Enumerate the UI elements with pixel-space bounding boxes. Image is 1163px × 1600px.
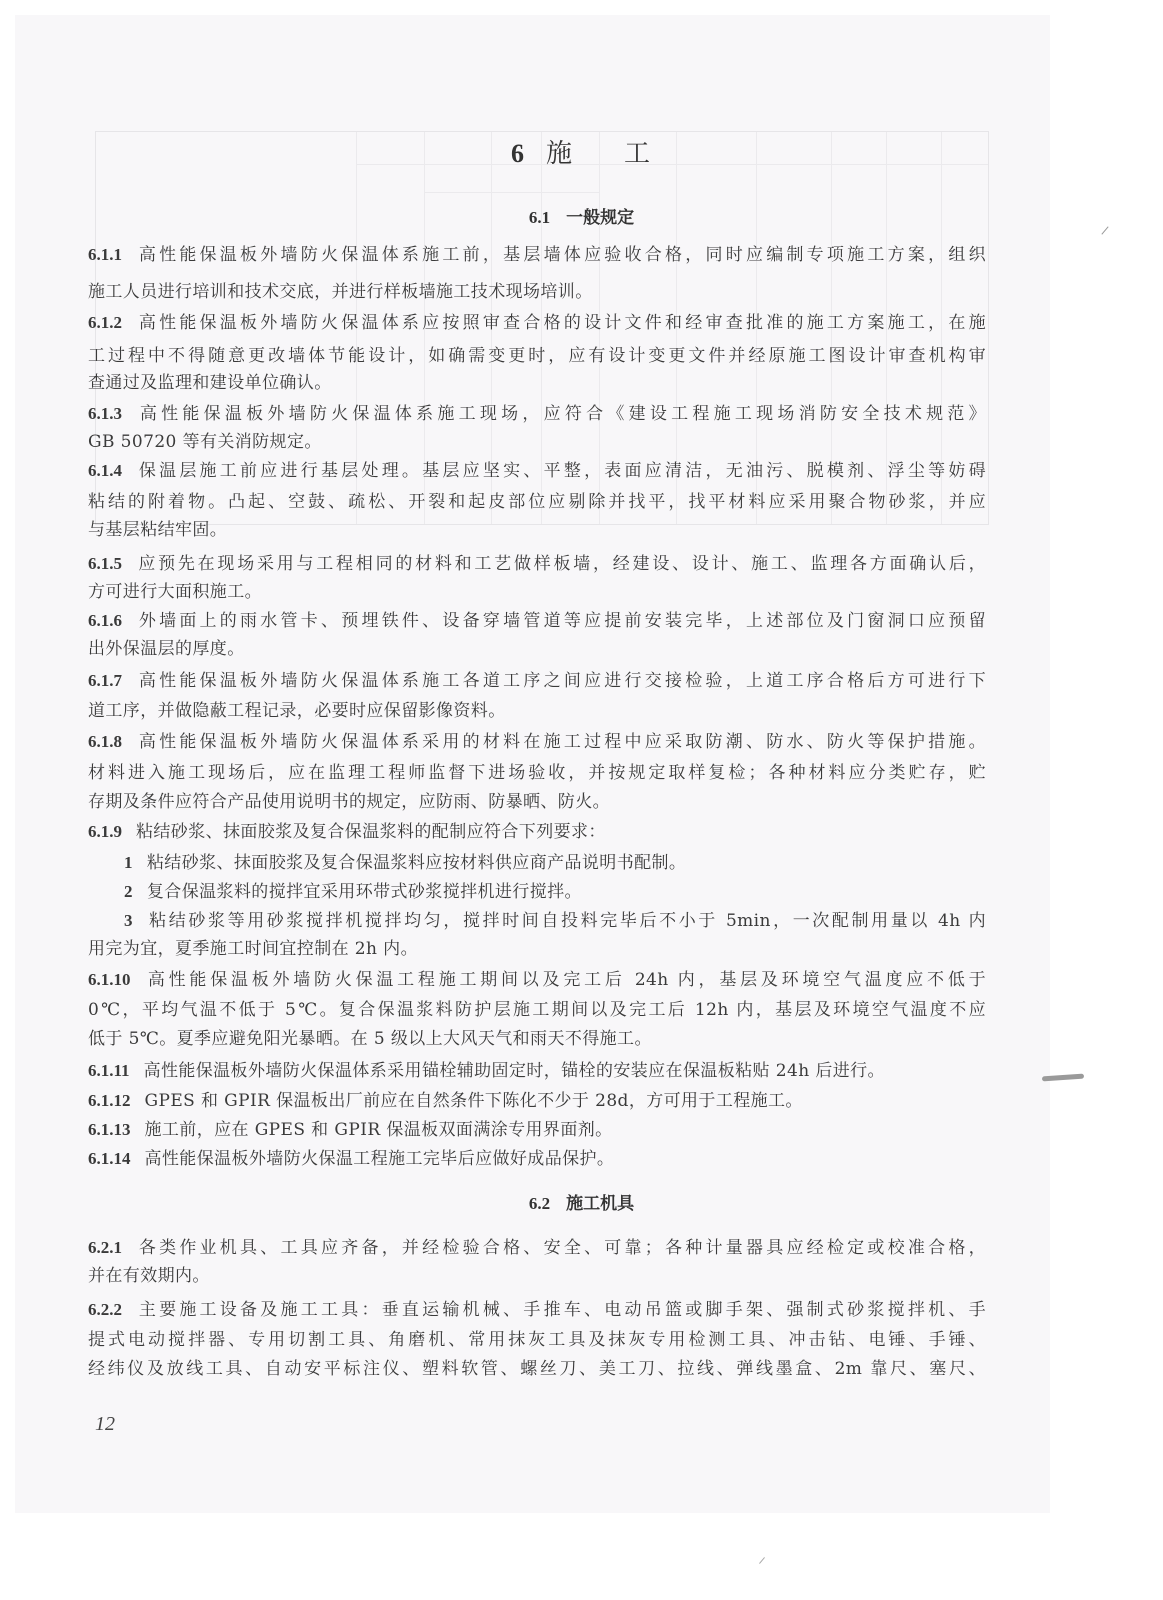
clause-6-1-3: 6.1.3高性能保温板外墙防火保温体系施工现场，应符合《建设工程施工现场消防安全… bbox=[88, 402, 986, 426]
clause-6-1-4: 6.1.4保温层施工前应进行基层处理。基层应坚实、平整，表面应清洁，无油污、脱模… bbox=[88, 459, 986, 483]
clause-6-1-10: 6.1.10高性能保温板外墙防火保温工程施工期间以及完工后 24h 内，基层及环… bbox=[88, 968, 986, 992]
clause-number: 6.1.9 bbox=[88, 822, 122, 841]
clause-text: 施工前，应在 GPES 和 GPIR 保温板双面满涂专用界面剂。 bbox=[145, 1120, 613, 1140]
clause-number: 6.1.14 bbox=[88, 1149, 131, 1168]
clause-text-continued: 道工序，并做隐蔽工程记录，必要时应保留影像资料。 bbox=[88, 699, 506, 723]
clause-6-1-9: 6.1.9粘结砂浆、抹面胶浆及复合保温浆料的配制应符合下列要求： bbox=[88, 820, 606, 844]
clause-text-continued: 材料进入施工现场后，应在监理工程师监督下进场验收，并按规定取样复检；各种材料应分… bbox=[88, 761, 986, 785]
clause-text: 应预先在现场采用与工程相同的材料和工艺做样板墙，经建设、设计、施工、监理各方面确… bbox=[136, 554, 986, 574]
clause-number: 6.1.8 bbox=[88, 732, 122, 751]
clause-number: 6.1.11 bbox=[88, 1061, 130, 1080]
item-text: 粘结砂浆、抹面胶浆及复合保温浆料应按材料供应商产品说明书配制。 bbox=[147, 853, 686, 873]
clause-text: 主要施工设备及施工工具：垂直运输机械、手推车、电动吊篮或脚手架、强制式砂浆搅拌机… bbox=[136, 1300, 986, 1320]
clause-6-1-7: 6.1.7高性能保温板外墙防火保温体系施工各道工序之间应进行交接检验，上道工序合… bbox=[88, 669, 986, 693]
clause-number: 6.1.1 bbox=[88, 245, 122, 264]
clause-number: 6.1.10 bbox=[88, 970, 131, 989]
item-text-continued: 用完为宜，夏季施工时间宜控制在 2h 内。 bbox=[88, 937, 418, 961]
list-item-2: 2复合保温浆料的搅拌宜采用环带式砂浆搅拌机进行搅拌。 bbox=[124, 880, 582, 904]
clause-text-continued: 经纬仪及放线工具、自动安平标注仪、塑料软管、螺丝刀、美工刀、拉线、弹线墨盒、2m… bbox=[88, 1357, 986, 1381]
clause-number: 6.1.6 bbox=[88, 611, 122, 630]
item-text: 复合保温浆料的搅拌宜采用环带式砂浆搅拌机进行搅拌。 bbox=[147, 882, 582, 902]
clause-number: 6.1.4 bbox=[88, 461, 122, 480]
section-heading-6-1: 6.1一般规定 bbox=[0, 203, 1163, 228]
clause-text: 高性能保温板外墙防火保温工程施工完毕后应做好成品保护。 bbox=[145, 1149, 615, 1169]
item-number: 3 bbox=[124, 911, 133, 930]
clause-6-1-14: 6.1.14高性能保温板外墙防火保温工程施工完毕后应做好成品保护。 bbox=[88, 1147, 614, 1171]
clause-text: 高性能保温板外墙防火保温体系施工现场，应符合《建设工程施工现场消防安全技术规范》 bbox=[136, 404, 986, 424]
chapter-number: 6 bbox=[511, 139, 526, 168]
clause-text: 各类作业机具、工具应齐备，并经检验合格、安全、可靠；各种计量器具应经检定或校准合… bbox=[136, 1238, 986, 1258]
section-heading-6-2: 6.2施工机具 bbox=[0, 1189, 1163, 1214]
clause-text-continued: 低于 5℃。夏季应避免阳光暴晒。在 5 级以上大风天气和雨天不得施工。 bbox=[88, 1027, 652, 1051]
clause-text-continued: 并在有效期内。 bbox=[88, 1264, 210, 1288]
clause-text-continued: 粘结的附着物。凸起、空鼓、疏松、开裂和起皮部位应剔除并找平，找平材料应采用聚合物… bbox=[88, 490, 986, 514]
clause-text: 保温层施工前应进行基层处理。基层应坚实、平整，表面应清洁，无油污、脱模剂、浮尘等… bbox=[136, 461, 986, 481]
list-item-1: 1粘结砂浆、抹面胶浆及复合保温浆料应按材料供应商产品说明书配制。 bbox=[124, 851, 686, 875]
clause-text-continued: 出外保温层的厚度。 bbox=[88, 637, 245, 661]
clause-number: 6.1.13 bbox=[88, 1120, 131, 1139]
section-number: 6.1 bbox=[529, 208, 550, 227]
clause-6-1-11: 6.1.11高性能保温板外墙防火保温体系采用锚栓辅助固定时，锚栓的安装应在保温板… bbox=[88, 1059, 885, 1083]
clause-text-continued: 施工人员进行培训和技术交底，并进行样板墙施工技术现场培训。 bbox=[88, 280, 593, 304]
clause-6-1-2: 6.1.2高性能保温板外墙防火保温体系应按照审查合格的设计文件和经审查批准的施工… bbox=[88, 311, 986, 335]
clause-text: 粘结砂浆、抹面胶浆及复合保温浆料的配制应符合下列要求： bbox=[136, 822, 606, 842]
clause-text: 高性能保温板外墙防火保温体系施工前，基层墙体应验收合格，同时应编制专项施工方案，… bbox=[136, 245, 986, 265]
clause-number: 6.2.1 bbox=[88, 1238, 122, 1257]
clause-text-continued: 查通过及监理和建设单位确认。 bbox=[88, 371, 332, 395]
clause-6-1-6: 6.1.6外墙面上的雨水管卡、预埋铁件、设备穿墙管道等应提前安装完毕，上述部位及… bbox=[88, 609, 986, 633]
list-item-3: 3粘结砂浆等用砂浆搅拌机搅拌均匀，搅拌时间自投料完毕后不小于 5min，一次配制… bbox=[124, 909, 986, 933]
clause-text-continued: 0℃，平均气温不低于 5℃。复合保温浆料防护层施工期间以及完工后 12h 内，基… bbox=[88, 998, 986, 1022]
clause-number: 6.1.3 bbox=[88, 404, 122, 423]
clause-number: 6.1.5 bbox=[88, 554, 122, 573]
clause-number: 6.1.7 bbox=[88, 671, 122, 690]
clause-text-continued: 提式电动搅拌器、专用切割工具、角磨机、常用抹灰工具及抹灰专用检测工具、冲击钻、电… bbox=[88, 1328, 986, 1352]
clause-text-continued: 存期及条件应符合产品使用说明书的规定，应防雨、防暴晒、防火。 bbox=[88, 790, 610, 814]
chapter-title-part1: 施 bbox=[546, 139, 574, 169]
clause-6-1-5: 6.1.5应预先在现场采用与工程相同的材料和工艺做样板墙，经建设、设计、施工、监… bbox=[88, 552, 986, 576]
section-title: 一般规定 bbox=[566, 208, 634, 228]
clause-text: 高性能保温板外墙防火保温体系应按照审查合格的设计文件和经审查批准的施工方案施工，… bbox=[136, 313, 986, 333]
chapter-title: 6施工 bbox=[0, 133, 1163, 170]
clause-6-1-12: 6.1.12GPES 和 GPIR 保温板出厂前应在自然条件下陈化不少于 28d… bbox=[88, 1089, 803, 1113]
clause-text: 高性能保温板外墙防火保温体系采用的材料在施工过程中应采取防潮、防水、防火等保护措… bbox=[136, 732, 986, 752]
clause-number: 6.1.2 bbox=[88, 313, 122, 332]
section-title: 施工机具 bbox=[566, 1194, 634, 1214]
clause-number: 6.2.2 bbox=[88, 1300, 122, 1319]
clause-6-1-8: 6.1.8高性能保温板外墙防火保温体系采用的材料在施工过程中应采取防潮、防水、防… bbox=[88, 730, 986, 754]
clause-text: 外墙面上的雨水管卡、预埋铁件、设备穿墙管道等应提前安装完毕，上述部位及门窗洞口应… bbox=[136, 611, 986, 631]
clause-6-1-13: 6.1.13施工前，应在 GPES 和 GPIR 保温板双面满涂专用界面剂。 bbox=[88, 1118, 613, 1142]
clause-text: 高性能保温板外墙防火保温体系采用锚栓辅助固定时，锚栓的安装应在保温板粘贴 24h… bbox=[144, 1061, 885, 1081]
clause-6-1-1: 6.1.1高性能保温板外墙防火保温体系施工前，基层墙体应验收合格，同时应编制专项… bbox=[88, 243, 986, 267]
clause-text-continued: GB 50720 等有关消防规定。 bbox=[88, 430, 322, 454]
section-number: 6.2 bbox=[529, 1194, 550, 1213]
item-number: 1 bbox=[124, 853, 133, 872]
clause-number: 6.1.12 bbox=[88, 1091, 131, 1110]
clause-6-2-1: 6.2.1各类作业机具、工具应齐备，并经检验合格、安全、可靠；各种计量器具应经检… bbox=[88, 1236, 986, 1260]
chapter-title-part2: 工 bbox=[624, 139, 652, 169]
item-number: 2 bbox=[124, 882, 133, 901]
item-text: 粘结砂浆等用砂浆搅拌机搅拌均匀，搅拌时间自投料完毕后不小于 5min，一次配制用… bbox=[147, 911, 986, 931]
clause-6-2-2: 6.2.2主要施工设备及施工工具：垂直运输机械、手推车、电动吊篮或脚手架、强制式… bbox=[88, 1298, 986, 1322]
clause-text: 高性能保温板外墙防火保温体系施工各道工序之间应进行交接检验，上道工序合格后方可进… bbox=[136, 671, 986, 691]
clause-text: GPES 和 GPIR 保温板出厂前应在自然条件下陈化不少于 28d，方可用于工… bbox=[145, 1091, 803, 1111]
scan-artifact bbox=[759, 1557, 765, 1564]
page-number: 12 bbox=[95, 1413, 115, 1436]
clause-text-continued: 方可进行大面积施工。 bbox=[88, 580, 262, 604]
clause-text-continued: 与基层粘结牢固。 bbox=[88, 518, 227, 542]
clause-text-continued: 工过程中不得随意更改墙体节能设计，如确需变更时，应有设计变更文件并经原施工图设计… bbox=[88, 344, 986, 368]
clause-text: 高性能保温板外墙防火保温工程施工期间以及完工后 24h 内，基层及环境空气温度应… bbox=[145, 970, 987, 990]
